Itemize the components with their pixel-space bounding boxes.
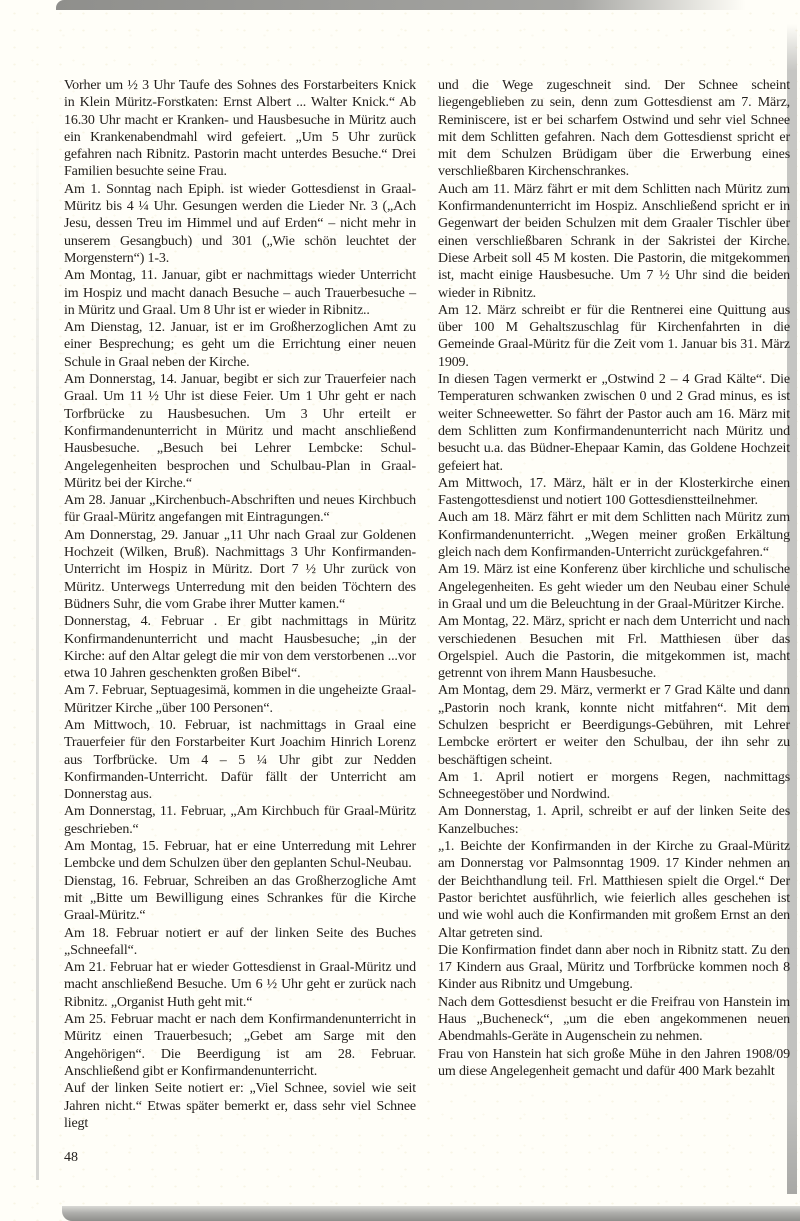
paragraph: Frau von Hanstein hat sich große Mühe in… xyxy=(438,1046,790,1081)
page-number: 48 xyxy=(64,1150,78,1166)
paragraph: Am Mittwoch, 17. März, hält er in der Kl… xyxy=(438,475,790,510)
paragraph: Nach dem Gottesdienst besucht er die Fre… xyxy=(438,994,790,1046)
paragraph: Auch am 18. März fährt er mit dem Schlit… xyxy=(438,509,790,561)
paragraph: Am 12. März schreibt er für die Rentnere… xyxy=(438,302,790,371)
paragraph: Die Konfirmation findet dann aber noch i… xyxy=(438,942,790,994)
paragraph: Am Donnerstag, 14. Januar, begibt er sic… xyxy=(64,371,416,492)
paragraph: Am Donnerstag, 29. Januar „11 Uhr nach G… xyxy=(64,527,416,613)
scan-edge-shadow-bottom xyxy=(62,1206,800,1221)
paragraph: Am 21. Februar hat er wieder Gottesdiens… xyxy=(64,959,416,1011)
paragraph: Am Montag, 22. März, spricht er nach dem… xyxy=(438,613,790,682)
paragraph: In diesen Tagen vermerkt er „Ostwind 2 –… xyxy=(438,371,790,475)
paragraph: Am Montag, 11. Januar, gibt er nachmitta… xyxy=(64,267,416,319)
paragraph: Vorher um ½ 3 Uhr Taufe des Sohnes des F… xyxy=(64,77,416,181)
paragraph: Am Mittwoch, 10. Februar, ist nachmittag… xyxy=(64,717,416,803)
paragraph: und die Wege zugeschneit sind. Der Schne… xyxy=(438,77,790,181)
paragraph: Am 18. Februar notiert er auf der linken… xyxy=(64,925,416,960)
paragraph: Am Donnerstag, 1. April, schreibt er auf… xyxy=(438,803,790,838)
paragraph: Am 1. April notiert er morgens Regen, na… xyxy=(438,769,790,804)
paragraph: Am Dienstag, 12. Januar, ist er im Großh… xyxy=(64,319,416,371)
paragraph: „1. Beichte der Konfirmanden in der Kirc… xyxy=(438,838,790,942)
paragraph: Am 7. Februar, Septuagesimä, kommen in d… xyxy=(64,682,416,717)
paragraph: Dienstag, 16. Februar, Schreiben an das … xyxy=(64,873,416,925)
paragraph: Am Montag, 15. Februar, hat er eine Unte… xyxy=(64,838,416,873)
scan-edge-shadow-top xyxy=(56,0,746,10)
paragraph: Donnerstag, 4. Februar . Er gibt nachmit… xyxy=(64,613,416,682)
paragraph: Am 25. Februar macht er nach dem Konfirm… xyxy=(64,1011,416,1080)
paragraph: Auf der linken Seite notiert er: „Viel S… xyxy=(64,1080,416,1132)
scan-edge-shadow-left xyxy=(36,120,39,1180)
text-column-left: Vorher um ½ 3 Uhr Taufe des Sohnes des F… xyxy=(64,77,416,1132)
paragraph: Auch am 11. März fährt er mit dem Schlit… xyxy=(438,181,790,302)
paragraph: Am 1. Sonntag nach Epiph. ist wieder Got… xyxy=(64,181,416,267)
paragraph: Am 28. Januar „Kirchenbuch-Abschriften u… xyxy=(64,492,416,527)
paragraph: Am Montag, dem 29. März, vermerkt er 7 G… xyxy=(438,682,790,768)
paragraph: Am Donnerstag, 11. Februar, „Am Kirchbuc… xyxy=(64,803,416,838)
scanned-book-page: Vorher um ½ 3 Uhr Taufe des Sohnes des F… xyxy=(0,0,800,1221)
paragraph: Am 19. März ist eine Konferenz über kirc… xyxy=(438,561,790,613)
text-column-right: und die Wege zugeschneit sind. Der Schne… xyxy=(438,77,790,1080)
